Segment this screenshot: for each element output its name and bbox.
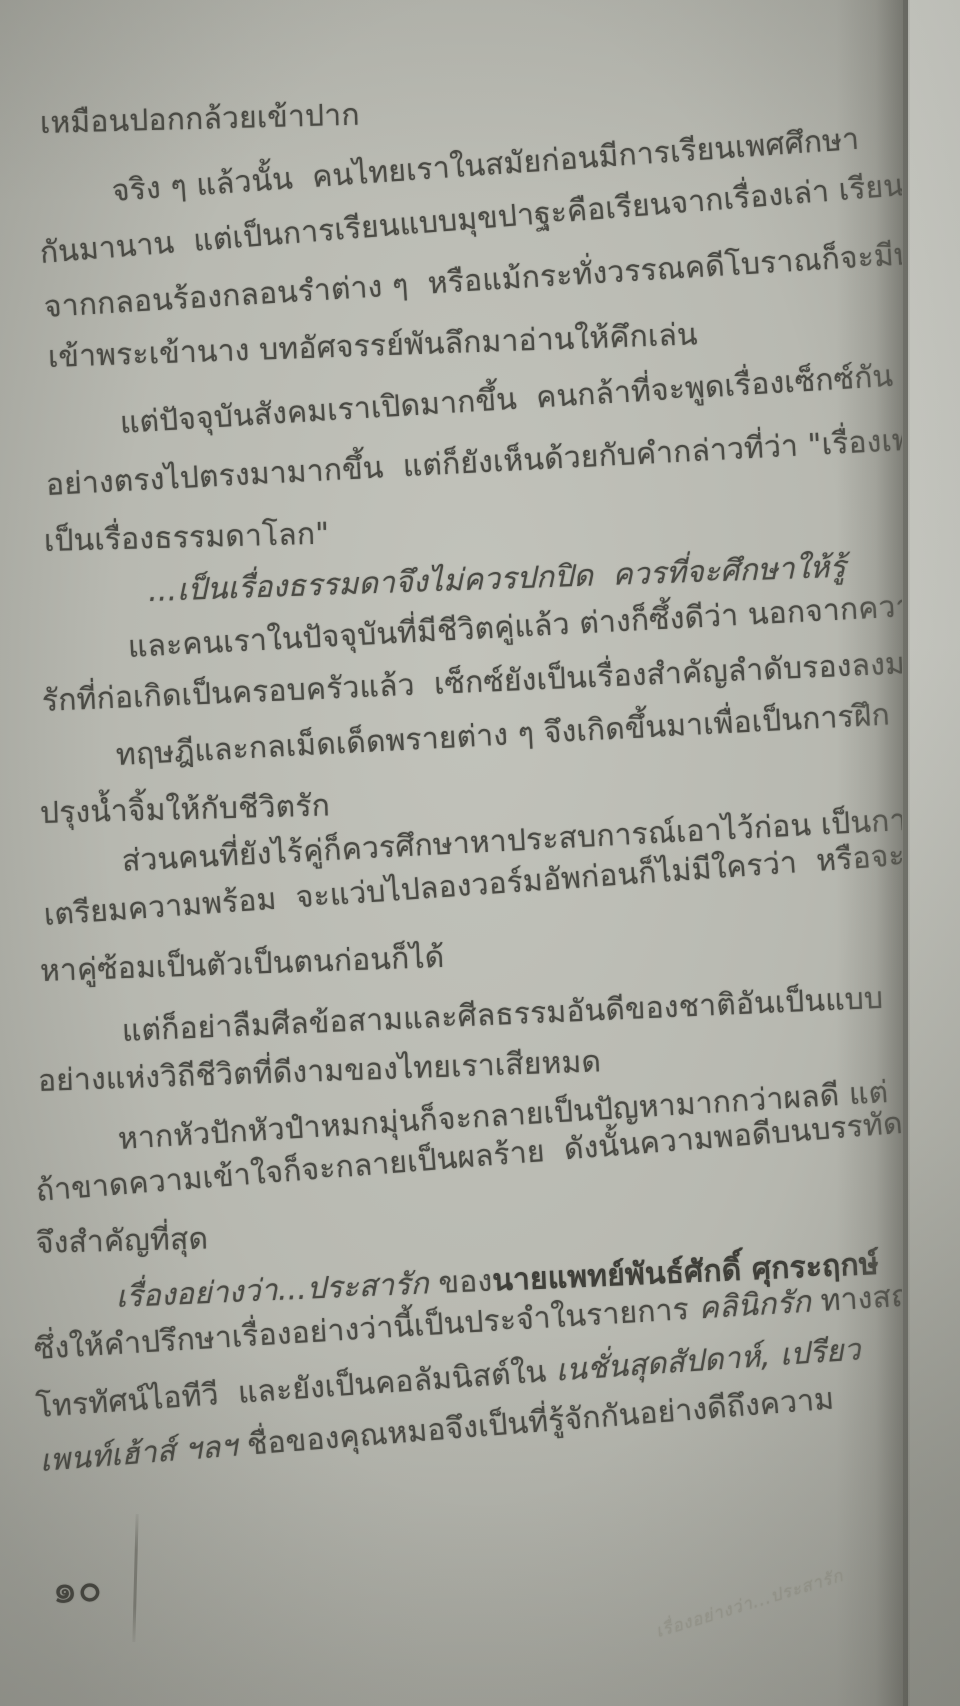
text-run: แต่ก็อย่าลืมศีลข้อสามและศีลธรรมอันดีของช… <box>121 981 884 1049</box>
text-run: คลินิกรัก <box>698 1285 813 1327</box>
text-run: เข้าพระเข้านาง บทอัศจรรย์พันลึกมาอ่านให้… <box>47 317 698 375</box>
text-line-21: จึงสำคัญที่สุด <box>35 1216 208 1267</box>
text-line-8: เป็นเรื่องธรรมดาโลก" <box>43 511 329 565</box>
text-run: ทางสถานี <box>810 1276 902 1319</box>
text-run: เพนท์เฮ้าส์ ฯลฯ <box>39 1429 239 1479</box>
text-run: หาคู่ซ้อมเป็นตัวเป็นตนก่อนก็ได้ <box>39 940 445 989</box>
text-lines: เหมือนปอกกล้วยเข้าปากจริง ๆ แล้วนั้น คนไ… <box>0 0 902 1706</box>
text-run: ของ <box>428 1264 493 1302</box>
page-number: ๑๐ <box>50 1555 103 1622</box>
text-line-1: เหมือนปอกกล้วยเข้าปาก <box>39 92 360 147</box>
book-page-photo: เหมือนปอกกล้วยเข้าปากจริง ๆ แล้วนั้น คนไ… <box>0 0 960 1706</box>
text-run: เป็นเรื่องธรรมดาโลก" <box>44 517 330 559</box>
text-run: เหมือนปอกกล้วยเข้าปาก <box>40 98 361 141</box>
page-edge <box>903 0 910 1706</box>
background-strip <box>908 0 960 1706</box>
text-run: ปรุงน้ำจิ้มให้กับชีวิตรัก <box>40 788 331 831</box>
text-line-16: หาคู่ซ้อมเป็นตัวเป็นตนก่อนก็ได้ <box>39 934 445 995</box>
text-run: จึงสำคัญที่สุด <box>36 1221 209 1260</box>
